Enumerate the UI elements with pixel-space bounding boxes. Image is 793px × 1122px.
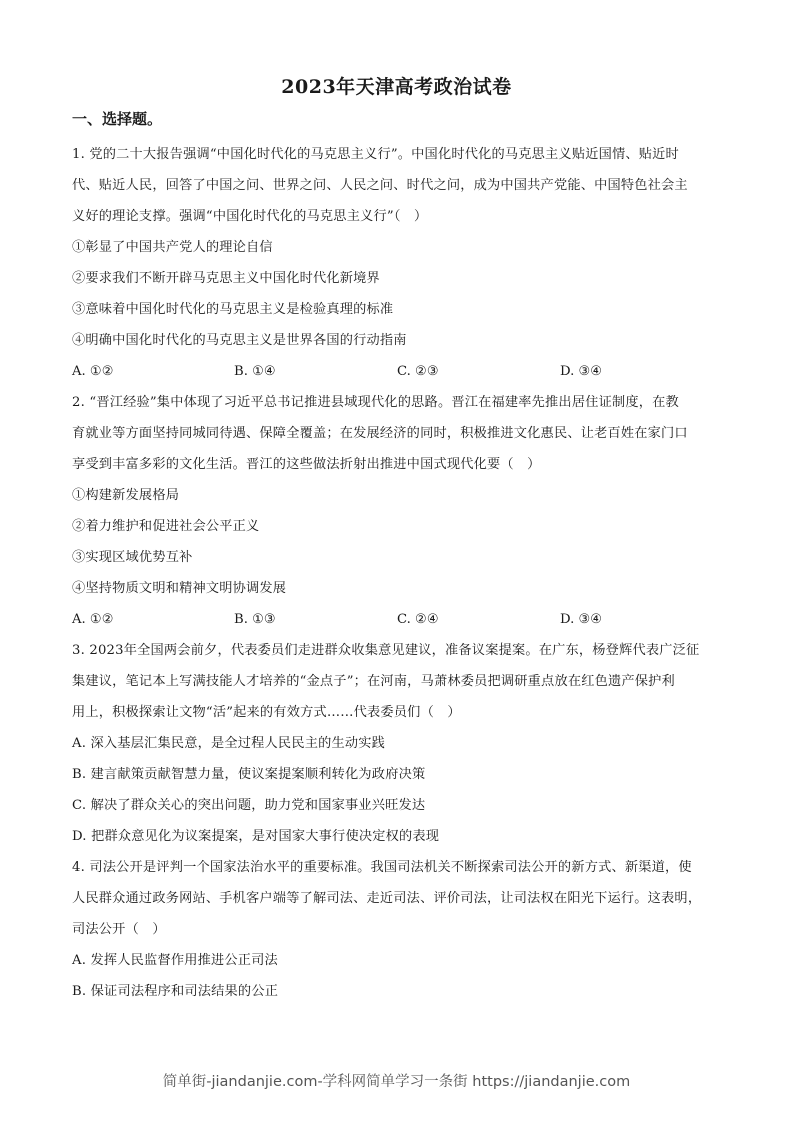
option-a: A. ①② xyxy=(72,610,114,630)
question-stem-line: 集建议，笔记本上写满技能人才培养的“金点子”；在河南，马萧林委员把调研重点放在红… xyxy=(72,672,732,692)
statement: ①构建新发展格局 xyxy=(72,486,732,506)
question-stem-line: 2. “晋江经验”集中体现了习近平总书记推进县域现代化的思路。晋江在福建率先推出… xyxy=(72,393,732,413)
question-stem-line: 代、贴近人民，回答了中国之问、世界之问、人民之问、时代之问，成为中国共产党能、中… xyxy=(72,176,732,196)
question-stem-line: 3. 2023年全国两会前夕，代表委员们走进群众收集意见建议，准备议案提案。在广… xyxy=(72,641,732,661)
question-stem-line: 人民群众通过政务网站、手机客户端等了解司法、走近司法、评价司法，让司法权在阳光下… xyxy=(72,889,732,909)
statement: ③实现区域优势互补 xyxy=(72,548,732,568)
option-b: B. 建言献策贡献智慧力量，使议案提案顺利转化为政府决策 xyxy=(72,765,732,785)
statement: ③意味着中国化时代化的马克思主义是检验真理的标准 xyxy=(72,300,732,320)
document-page: 2023年天津高考政治试卷 一、选择题。 1. 党的二十大报告强调“中国化时代化… xyxy=(0,0,793,1122)
question-stem-line: 育就业等方面坚持同城同待遇、保障全覆盖；在发展经济的同时，积极推进文化惠民、让老… xyxy=(72,424,732,444)
option-a: A. ①② xyxy=(72,362,114,382)
statement: ④坚持物质文明和精神文明协调发展 xyxy=(72,579,732,599)
question-stem-line: 4. 司法公开是评判一个国家法治水平的重要标准。我国司法机关不断探索司法公开的新… xyxy=(72,858,732,878)
section-heading: 一、选择题。 xyxy=(72,108,162,129)
question-stem-line: 用上，积极探索让文物“活”起来的有效方式……代表委员们（ ） xyxy=(72,703,732,723)
option-b: B. ①④ xyxy=(234,362,276,382)
option-c: C. 解决了群众关心的突出问题，助力党和国家事业兴旺发达 xyxy=(72,796,732,816)
option-d: D. ③④ xyxy=(560,610,602,630)
option-d: D. 把群众意见化为议案提案，是对国家大事行使决定权的表现 xyxy=(72,827,732,847)
option-c: C. ②③ xyxy=(397,362,439,382)
footer-watermark: 简单街-jiandanjie.com-学科网简单学习一条街 https://ji… xyxy=(0,1070,793,1091)
option-b: B. ①③ xyxy=(234,610,276,630)
question-stem-line: 享受到丰富多彩的文化生活。晋江的这些做法折射出推进中国式现代化要（ ） xyxy=(72,455,732,475)
option-a: A. 发挥人民监督作用推进公正司法 xyxy=(72,951,732,971)
option-c: C. ②④ xyxy=(397,610,439,630)
option-d: D. ③④ xyxy=(560,362,602,382)
question-stem-line: 1. 党的二十大报告强调“中国化时代化的马克思主义行”。中国化时代化的马克思主义… xyxy=(72,145,732,165)
option-a: A. 深入基层汇集民意，是全过程人民民主的生动实践 xyxy=(72,734,732,754)
statement: ②着力维护和促进社会公平正义 xyxy=(72,517,732,537)
statement: ②要求我们不断开辟马克思主义中国化时代化新境界 xyxy=(72,269,732,289)
page-title: 2023年天津高考政治试卷 xyxy=(0,72,793,99)
option-b: B. 保证司法程序和司法结果的公正 xyxy=(72,982,732,1002)
statement: ④明确中国化时代化的马克思主义是世界各国的行动指南 xyxy=(72,331,732,351)
question-stem-line: 义好的理论支撑。强调“中国化时代化的马克思主义行”（ ） xyxy=(72,207,732,227)
statement: ①彰显了中国共产党人的理论自信 xyxy=(72,238,732,258)
question-stem-line: 司法公开（ ） xyxy=(72,920,732,940)
